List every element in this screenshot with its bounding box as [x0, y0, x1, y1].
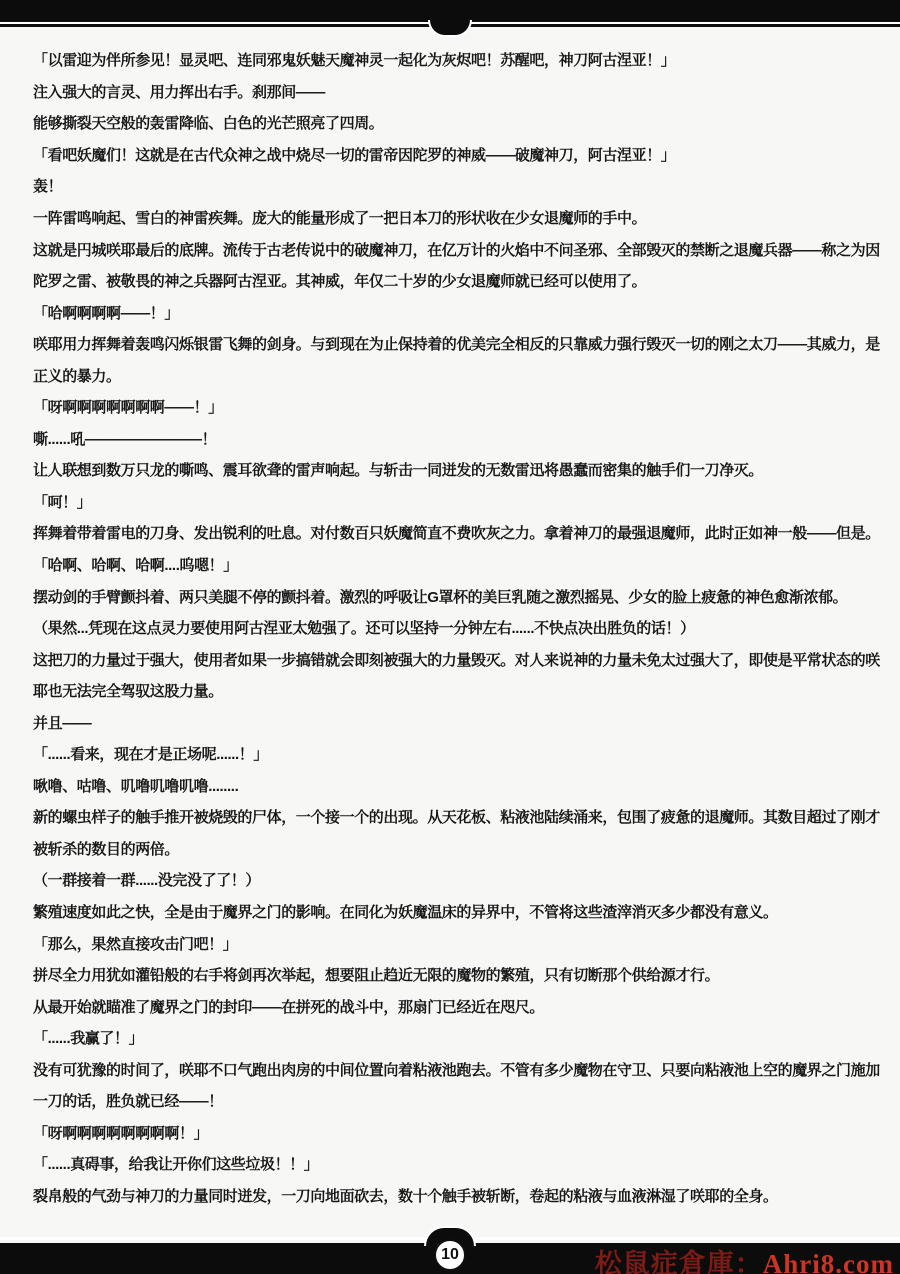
text-line: 「呀啊啊啊啊啊啊啊啊！」 [33, 1117, 878, 1149]
text-line: 正义的暴力。 [33, 359, 878, 391]
text-line: 繁殖速度如此之快，全是由于魔界之门的影响。在同化为妖魔温床的异界中，不管将这些渣… [33, 896, 878, 928]
text-line: 这就是円城咲耶最后的底牌。流传于古老传说中的破魔神刀，在亿万计的火焰中不问圣邪、… [33, 233, 878, 265]
text-line: 摆动剑的手臂颤抖着、两只美腿不停的颤抖着。激烈的呼吸让G罩杯的美巨乳随之激烈摇晃… [33, 580, 878, 612]
text-line: 「呀啊啊啊啊啊啊啊——！」 [33, 391, 878, 423]
text-line: 「那么，果然直接攻击门吧！」 [33, 927, 878, 959]
text-line: 这把刀的力量过于强大，使用者如果一步搞错就会即刻被强大的力量毁灭。对人来说神的力… [33, 643, 878, 675]
text-line: （一群接着一群......没完没了了！） [33, 864, 878, 896]
text-line: 「......我赢了！」 [33, 1022, 878, 1054]
text-line: （果然...凭现在这点灵力要使用阿古涅亚太勉强了。还可以坚持一分钟左右.....… [33, 612, 878, 644]
text-line: 新的螺虫样子的触手推开被烧毁的尸体，一个接一个的出现。从天花板、粘液池陆续涌来，… [33, 801, 878, 833]
text-line: 注入强大的言灵、用力挥出右手。刹那间—— [33, 76, 878, 108]
text-line: 一刀的话，胜负就已经——！ [33, 1085, 878, 1117]
text-line: 「看吧妖魔们！这就是在古代众神之战中烧尽一切的雷帝因陀罗的神威——破魔神刀，阿古… [33, 139, 878, 171]
text-line: 啾噜、咕噜、叽噜叽噜叽噜........ [33, 770, 878, 802]
text-line: 「哈啊、哈啊、哈啊....呜嗯！」 [33, 549, 878, 581]
watermark-domain: Ahri8.com [763, 1249, 894, 1274]
text-line: 嘶......吼————————！ [33, 423, 878, 455]
text-line: 拼尽全力用犹如灌铅般的右手将剑再次举起，想要阻止趋近无限的魔物的繁殖，只有切断那… [33, 959, 878, 991]
text-line: 「以雷迎为伴所参见！显灵吧、连同邪鬼妖魅天魔神灵一起化为灰烬吧！苏醒吧，神刀阿古… [33, 44, 878, 76]
text-line: 耶也无法完全驾驭这股力量。 [33, 675, 878, 707]
watermark-separator: ： [735, 1249, 763, 1274]
page-number: 10 [441, 1246, 459, 1264]
text-line: 裂帛般的气劲与神刀的力量同时迸发，一刀向地面砍去，数十个触手被斩断，卷起的粘液与… [33, 1180, 878, 1212]
text-line: 一阵雷鸣响起、雪白的神雷疾舞。庞大的能量形成了一把日本刀的形状收在少女退魔师的手… [33, 202, 878, 234]
text-line: 「呵！」 [33, 486, 878, 518]
header-bar [0, 0, 900, 22]
text-line: 并且—— [33, 706, 878, 738]
text-line: 「......看来，现在才是正场呢......！」 [33, 738, 878, 770]
text-line: 被斩杀的数目的两倍。 [33, 833, 878, 865]
text-line: 陀罗之雷、被敬畏的神之兵器阿古涅亚。其神威，年仅二十岁的少女退魔师就已经可以使用… [33, 265, 878, 297]
text-line: 挥舞着带着雷电的刀身、发出锐利的吐息。对付数百只妖魔简直不费吹灰之力。拿着神刀的… [33, 517, 878, 549]
page-number-badge: 10 [434, 1239, 466, 1271]
page-text: 「以雷迎为伴所参见！显灵吧、连同邪鬼妖魅天魔神灵一起化为灰烬吧！苏醒吧，神刀阿古… [33, 44, 878, 1211]
header-notch [428, 20, 472, 37]
watermark-site-name: 松鼠症倉庫 [595, 1249, 735, 1274]
text-line: 让人联想到数万只龙的嘶鸣、震耳欲聋的雷声响起。与斩击一同迸发的无数雷迅将愚蠢而密… [33, 454, 878, 486]
text-line: 从最开始就瞄准了魔界之门的封印——在拼死的战斗中，那扇门已经近在咫尺。 [33, 990, 878, 1022]
watermark: 松鼠症倉庫：Ahri8.com [595, 1242, 894, 1274]
text-line: 「哈啊啊啊啊——！」 [33, 296, 878, 328]
text-line: 「......真碍事，给我让开你们这些垃圾！！」 [33, 1148, 878, 1180]
text-line: 轰！ [33, 170, 878, 202]
text-line: 咲耶用力挥舞着轰鸣闪烁银雷飞舞的剑身。与到现在为止保持着的优美完全相反的只靠威力… [33, 328, 878, 360]
text-line: 能够撕裂天空般的轰雷降临、白色的光芒照亮了四周。 [33, 107, 878, 139]
text-line: 没有可犹豫的时间了，咲耶不口气跑出肉房的中间位置向着粘液池跑去。不管有多少魔物在… [33, 1054, 878, 1086]
